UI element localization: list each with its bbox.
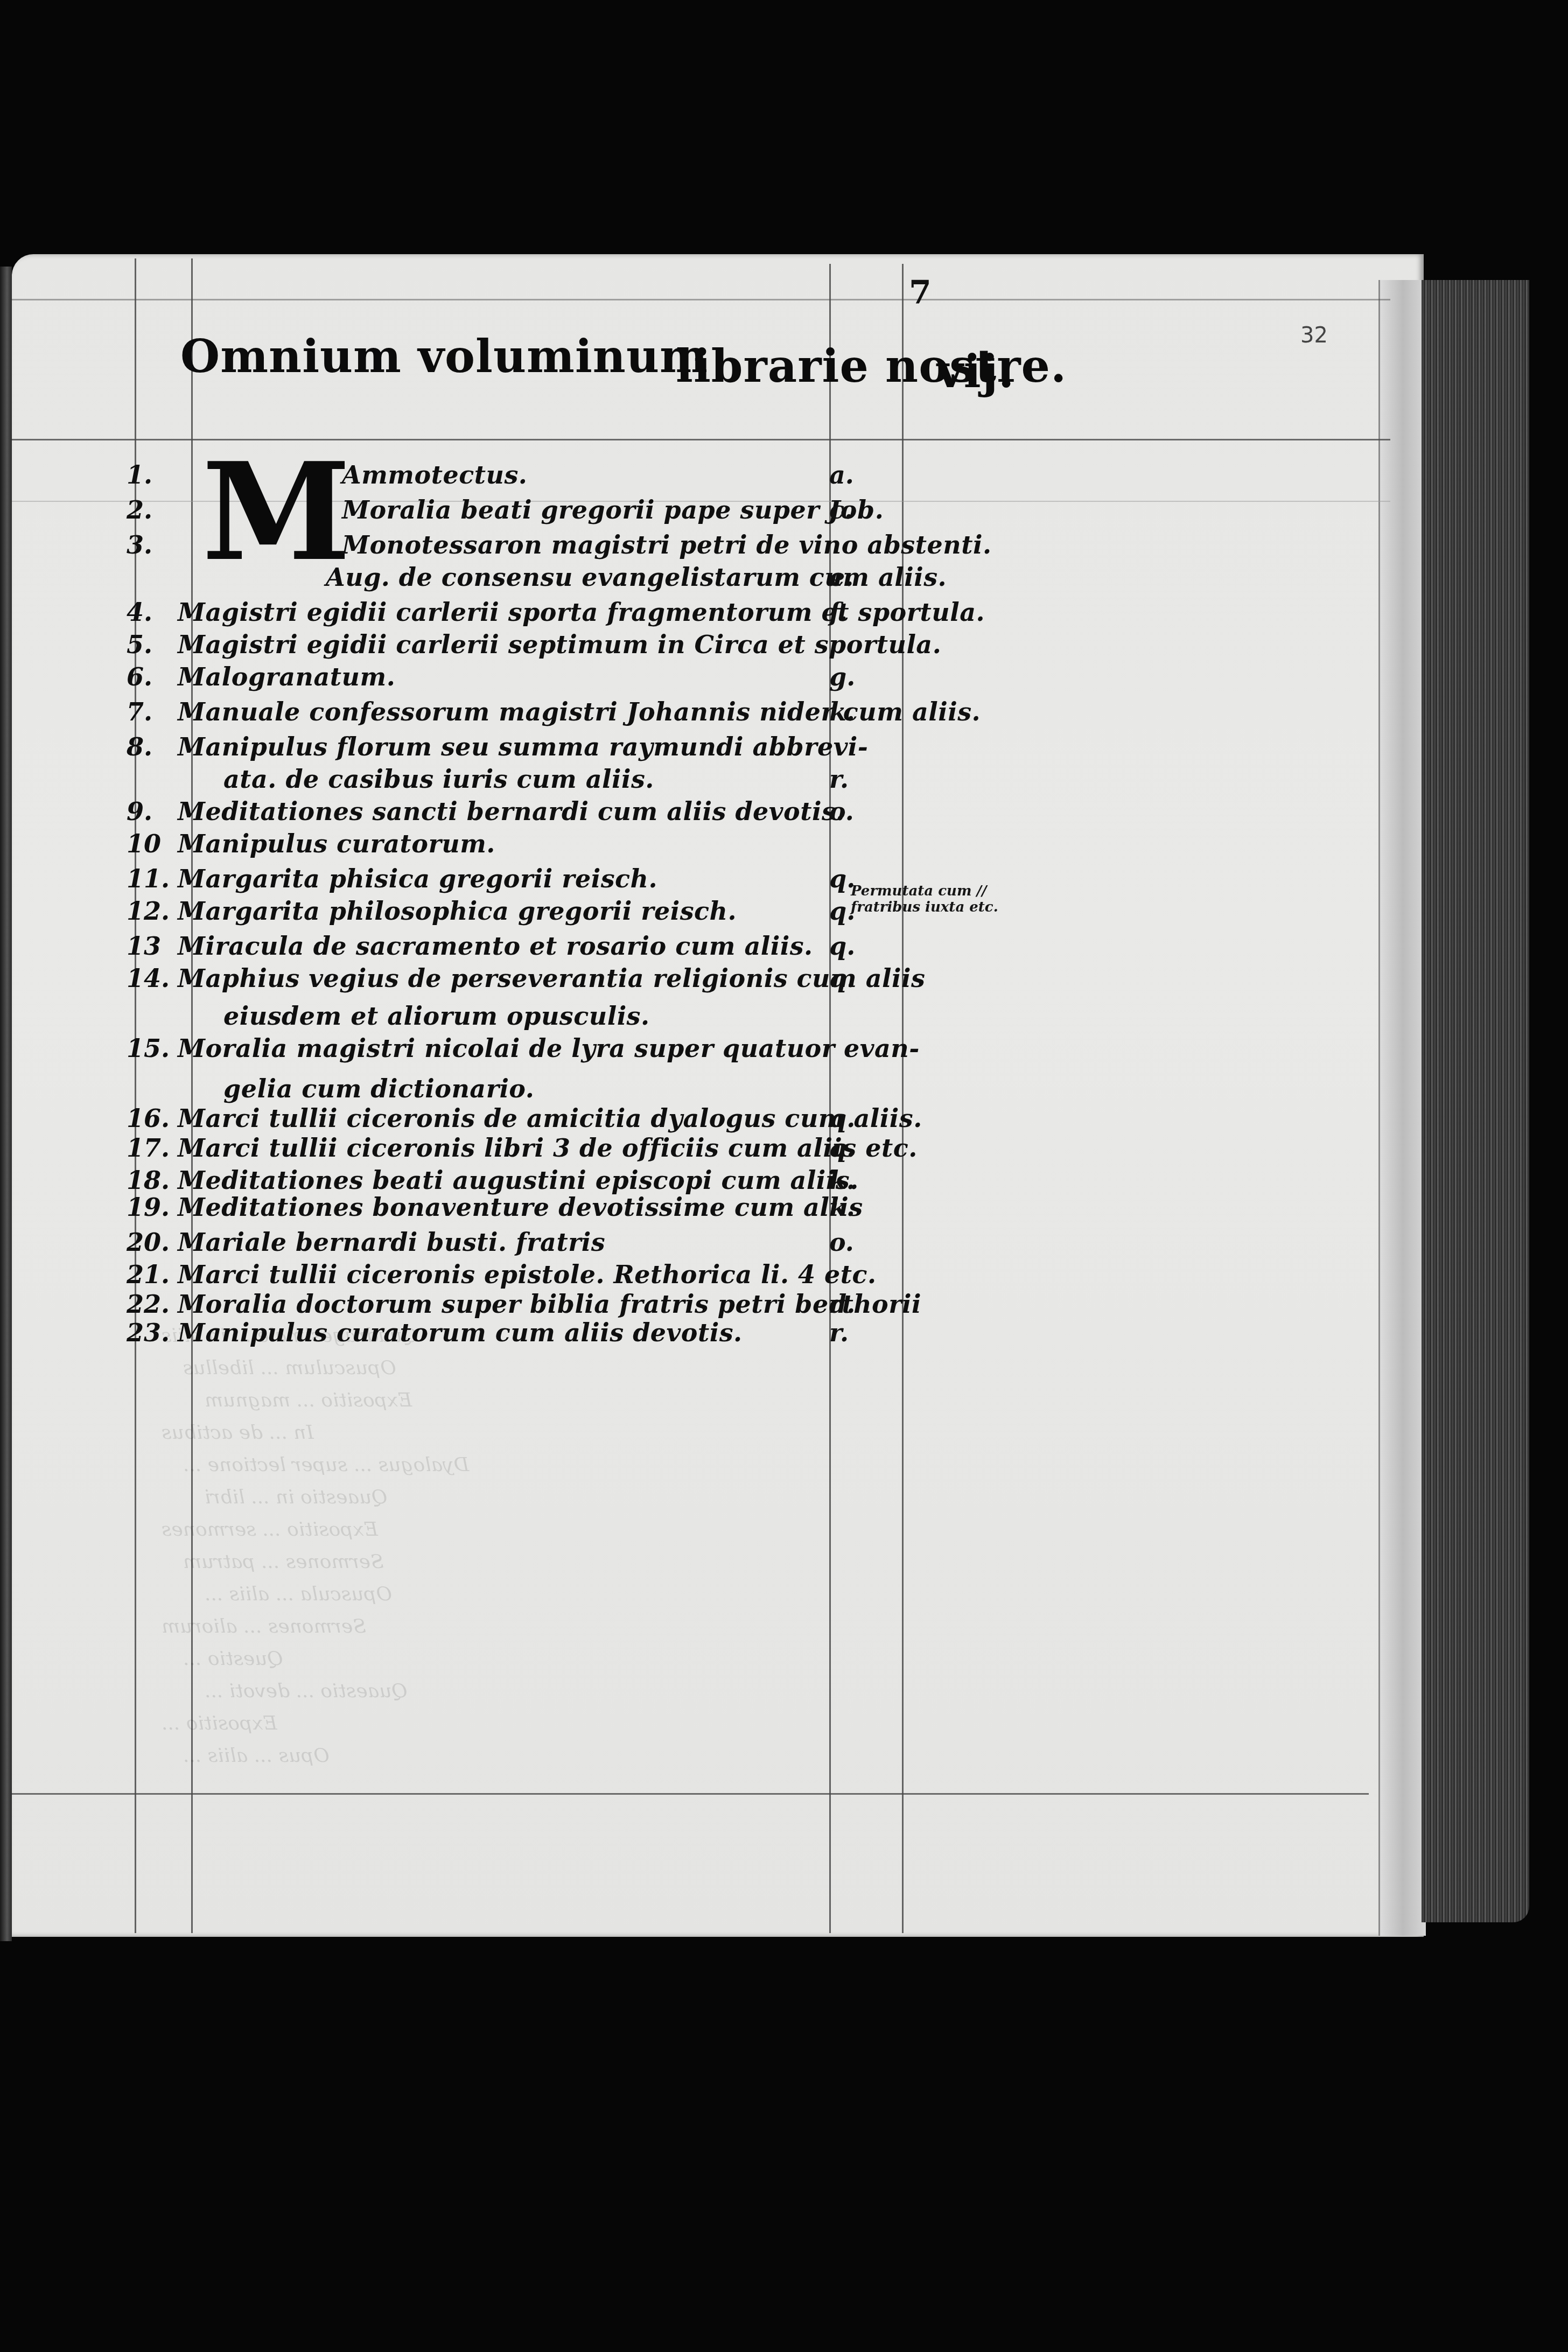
- entry-title: Marci tullii ciceronis libri 3 de offici…: [178, 1133, 918, 1163]
- entry-title: Margarita phisica gregorii reisch.: [178, 864, 657, 893]
- entry-title: eiusdem et aliorum opusculis.: [223, 1002, 650, 1031]
- facing-page-edge: [0, 267, 12, 1941]
- bleed-through-line: Questio ...: [183, 1648, 283, 1670]
- entry-number: 20.: [127, 1228, 186, 1257]
- entry-title: Mariale bernardi busti. fratris: [178, 1228, 605, 1257]
- shelf-mark: k.: [829, 1193, 855, 1222]
- entry-number: 21.: [127, 1260, 186, 1289]
- marginal-note-line-1: Permutata cum //: [851, 883, 998, 899]
- shelf-mark: c.: [829, 495, 853, 524]
- entry-title: Maphius vegius de perseverantia religion…: [178, 964, 925, 993]
- bleed-through-line: Opusculum ... libellus: [183, 1357, 396, 1379]
- shelf-mark: r.: [829, 765, 849, 794]
- entry-title: Meditationes bonaventure devotissime cum…: [178, 1193, 863, 1222]
- entry-title: Marci tullii ciceronis epistole. Rethori…: [178, 1260, 877, 1289]
- shelf-mark: e.: [829, 563, 853, 592]
- entry-title: Moralia beati gregorii pape super Job.: [342, 495, 884, 524]
- entry-number: 13: [127, 932, 186, 961]
- ruling-horizontal-bottom: [12, 1793, 1369, 1795]
- entry-title: Magistri egidii carlerii septimum in Cir…: [178, 630, 941, 659]
- entry-number: 17.: [127, 1133, 186, 1163]
- book-block-edge: [1422, 280, 1529, 1922]
- entry-number: 14.: [127, 964, 186, 993]
- shelf-mark: k.: [829, 697, 855, 726]
- page-fore-edge: [1378, 280, 1426, 1936]
- heading-section: vij.: [937, 345, 1014, 398]
- entry-number: 1.: [127, 460, 186, 489]
- bleed-through-line: Sermones ... aliorum: [162, 1615, 366, 1637]
- bleed-through-line: Quaestio in ... libri: [205, 1486, 388, 1508]
- entry-number: 19.: [127, 1193, 186, 1222]
- marginal-note: Permutata cum // fratribus iuxta etc.: [851, 883, 998, 915]
- entry-number: 2.: [127, 495, 186, 524]
- shelf-mark: r.: [829, 1318, 849, 1347]
- entry-title: Moralia magistri nicolai de lyra super q…: [178, 1034, 920, 1063]
- bleed-through-line: Dyalogus ... super lectione ...: [183, 1454, 469, 1476]
- ruling-horizontal-top: [12, 299, 1390, 300]
- entry-number: 9.: [127, 797, 186, 826]
- entry-number: 8.: [127, 732, 186, 761]
- shelf-mark: o.: [829, 797, 854, 826]
- entry-title: Meditationes sancti bernardi cum aliis d…: [178, 797, 845, 826]
- entry-title: Moralia doctorum super biblia fratris pe…: [178, 1290, 921, 1319]
- entry-number: 5.: [127, 630, 186, 659]
- entry-title: gelia cum dictionario.: [223, 1074, 534, 1103]
- entry-number: 15.: [127, 1034, 186, 1063]
- entry-title: Manuale confessorum magistri Johannis ni…: [178, 697, 981, 726]
- shelf-mark: q.: [829, 932, 855, 961]
- entry-number: 16.: [127, 1104, 186, 1133]
- bleed-through-line: Expositio ... sermones: [162, 1518, 378, 1541]
- entry-number: 6.: [127, 662, 186, 691]
- bleed-through-line: Opuscula ... aliis ...: [205, 1583, 392, 1605]
- entry-number: 12.: [127, 897, 186, 926]
- entry-title: Margarita philosophica gregorii reisch.: [178, 897, 737, 926]
- entry-number: 10: [127, 829, 186, 858]
- entry-number: 3.: [127, 530, 186, 559]
- ruling-vertical-4: [902, 264, 904, 1933]
- entry-title: ata. de casibus iuris cum aliis.: [223, 765, 654, 794]
- entry-title: Magistri egidii carlerii sporta fragment…: [178, 598, 985, 627]
- folio-number: 32: [1300, 323, 1328, 348]
- entry-title: Malogranatum.: [178, 662, 395, 691]
- bleed-through-line: Quadragesimale ... in aliis: [162, 1325, 418, 1347]
- entry-title: Marci tullii ciceronis de amicitia dyalo…: [178, 1104, 922, 1133]
- bleed-through-line: In ... de actibus: [162, 1422, 314, 1444]
- scan-background: 7 32 Omnium voluminum librarie nostre. v…: [0, 0, 1568, 2352]
- entry-number: 4.: [127, 598, 186, 627]
- shelf-mark: q.: [829, 964, 855, 993]
- entry-title: Monotessaron magistri petri de vino abst…: [342, 530, 991, 559]
- shelf-mark: f.: [829, 598, 848, 627]
- bleed-through-line: Opus ... aliis ...: [183, 1745, 330, 1767]
- shelf-mark: d.: [829, 1290, 855, 1319]
- decorated-initial: M: [202, 450, 331, 576]
- shelf-mark: q.: [829, 1104, 855, 1133]
- shelf-mark: a.: [829, 460, 854, 489]
- entry-title: Manipulus florum seu summa raymundi abbr…: [178, 732, 868, 761]
- bleed-through-line: Expositio ... magnum: [205, 1389, 412, 1411]
- heading-left: Omnium voluminum: [180, 330, 708, 383]
- marginal-note-line-2: fratribus iuxta etc.: [851, 899, 998, 915]
- shelf-mark: k.: [829, 1166, 855, 1195]
- ruling-vertical-2: [191, 258, 193, 1933]
- bleed-through-line: Expositio ...: [162, 1712, 277, 1734]
- entry-title: Manipulus curatorum.: [178, 829, 495, 858]
- entry-number: 7.: [127, 697, 186, 726]
- shelf-mark: g.: [829, 662, 855, 691]
- bleed-through-line: Quaestio ... devoti ...: [205, 1680, 408, 1702]
- entry-number: 18.: [127, 1166, 186, 1195]
- quire-mark: 7: [909, 274, 932, 311]
- shelf-mark: o.: [829, 1228, 854, 1257]
- entry-title: Meditationes beati augustini episcopi cu…: [178, 1166, 859, 1195]
- entry-number: 11.: [127, 864, 186, 893]
- entry-title: Miracula de sacramento et rosario cum al…: [178, 932, 813, 961]
- entry-title: Ammotectus.: [342, 460, 527, 489]
- bleed-through-line: Sermones ... patrum: [183, 1551, 384, 1573]
- shelf-mark: q.: [829, 1133, 855, 1163]
- entry-number: 22.: [127, 1290, 186, 1319]
